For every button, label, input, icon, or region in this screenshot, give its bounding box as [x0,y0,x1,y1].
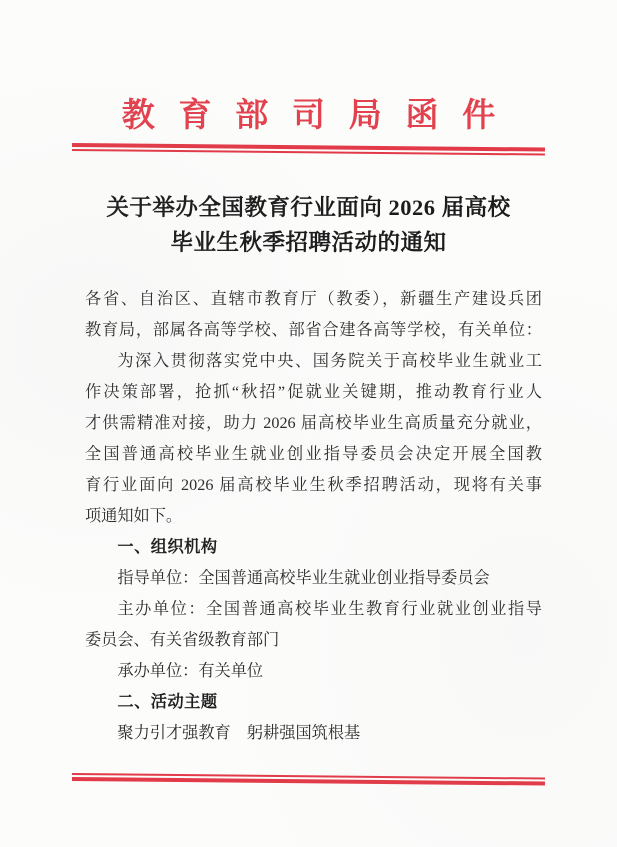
body-line: 聚力引才强教育 躬耕强国筑根基 [85,718,542,749]
body-line: 为深入贯彻落实党中央、国务院关于高校毕业生就业工 [85,346,542,377]
body-line: 主办单位：全国普通高校毕业生教育行业就业创业指导 [85,594,542,625]
document-title: 关于举办全国教育行业面向 2026 届高校 毕业生秋季招聘活动的通知 [0,190,617,260]
body-line: 作决策部署，抢抓“秋招”促就业关键期，推动教育行业人 [85,377,542,408]
body-line: 教育局，部属各高等学校、部省合建各高等学校，有关单位： [85,315,542,346]
body-line: 各省、自治区、直辖市教育厅（教委），新疆生产建设兵团 [85,284,542,315]
body-line: 承办单位：有关单位 [85,656,542,687]
document-body: 各省、自治区、直辖市教育厅（教委），新疆生产建设兵团教育局，部属各高等学校、部省… [85,284,542,749]
body-line: 育行业面向 2026 届高校毕业生秋季招聘活动，现将有关事 [85,470,542,501]
footer-double-rule [72,773,545,786]
body-line: 项通知如下。 [85,501,542,532]
body-line: 全国普通高校毕业生就业创业指导委员会决定开展全国教 [85,439,542,470]
body-line: 才供需精准对接，助力 2026 届高校毕业生高质量充分就业， [85,408,542,439]
section-heading: 二、活动主题 [85,687,542,718]
document-title-line2: 毕业生秋季招聘活动的通知 [0,225,617,260]
letterhead-title: 教育部司局函件 [0,89,617,136]
scanned-document-page: 教育部司局函件 关于举办全国教育行业面向 2026 届高校 毕业生秋季招聘活动的… [0,0,617,847]
body-line: 指导单位：全国普通高校毕业生就业创业指导委员会 [85,563,542,594]
document-title-line1: 关于举办全国教育行业面向 2026 届高校 [0,190,617,225]
body-line: 委员会、有关省级教育部门 [85,625,542,656]
header-double-rule [72,143,545,155]
section-heading: 一、组织机构 [85,532,542,563]
